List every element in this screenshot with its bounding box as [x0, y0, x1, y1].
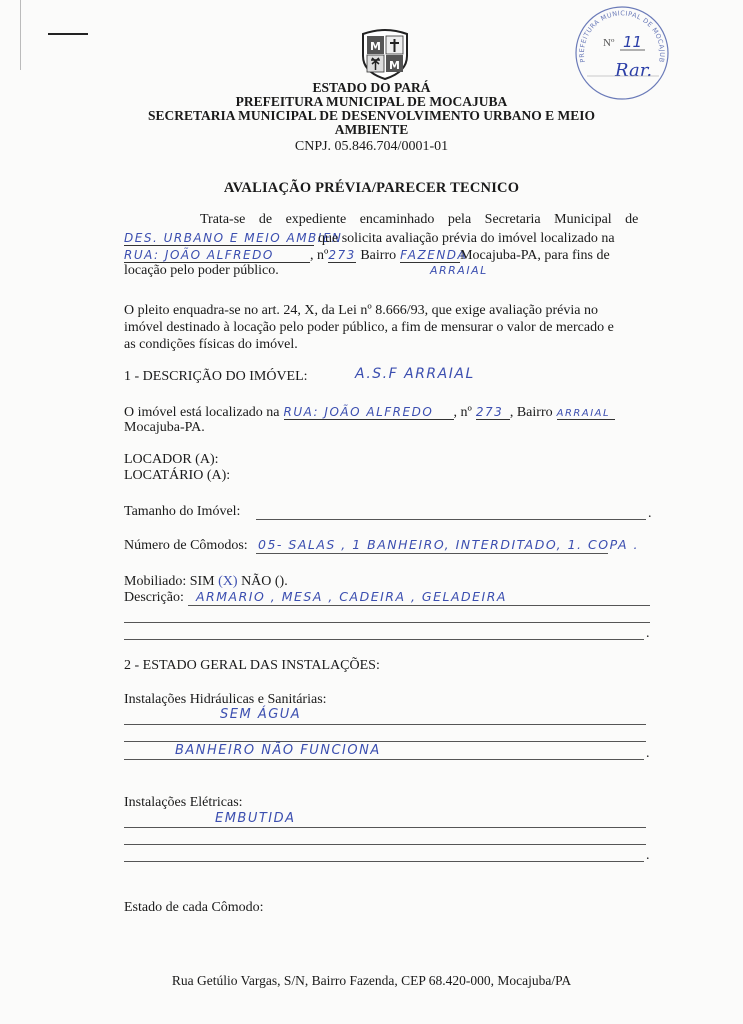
location-line: O imóvel está localizado na RUA: JOÃO AL… [124, 403, 615, 421]
header-state: ESTADO DO PARÁ [0, 81, 743, 95]
period: . [648, 506, 652, 522]
header-cnpj: CNPJ. 05.846.704/0001-01 [0, 139, 743, 155]
svg-text:Rar.: Rar. [614, 60, 652, 81]
svg-text:M: M [389, 59, 400, 72]
svg-text:Nº: Nº [603, 37, 615, 49]
city-text: Mocajuba-PA. [124, 420, 205, 436]
mobiliado-line: Mobiliado: SIM (X) NÃO (). [124, 574, 288, 590]
handwritten-bairro: FAZENDA [400, 248, 460, 263]
handwritten-property-name: A.S.F ARRAIAL [355, 366, 475, 382]
locatario-label: LOCATÁRIO (A): [124, 468, 230, 484]
descricao-field-2[interactable] [124, 622, 650, 623]
descricao-field-1[interactable] [188, 605, 650, 606]
tamanho-field[interactable] [256, 519, 646, 520]
handwritten-hidraulicas-2: BANHEIRO NÃO FUNCIONA [175, 743, 381, 758]
period: . [646, 848, 650, 864]
handwritten-bairro-2: ARRAIAL [430, 264, 488, 277]
eletricas-field-3[interactable] [124, 861, 644, 862]
legal-line-3: as condições físicas do imóvel. [124, 337, 298, 353]
intro-line-3: RUA: JOÃO ALFREDO, nº273 Bairro FAZENDAM… [124, 246, 610, 264]
eletricas-field-2[interactable] [124, 844, 646, 845]
header-secretariat: SECRETARIA MUNICIPAL DE DESENVOLVIMENTO … [0, 109, 743, 123]
mobiliado-label: Mobiliado: SIM [124, 574, 215, 589]
period: . [646, 746, 650, 762]
descricao-label: Descrição: [124, 590, 184, 606]
document-title: AVALIAÇÃO PRÉVIA/PARECER TECNICO [0, 180, 743, 197]
legal-line-2: imóvel destinado à locação pelo poder pú… [124, 320, 614, 336]
intro-line-1: Trata-se de expediente encaminhado pela … [200, 212, 638, 228]
hidraulicas-label: Instalações Hidráulicas e Sanitárias: [124, 692, 327, 708]
handwritten-hidraulicas-1: SEM ÁGUA [220, 707, 301, 722]
mobiliado-nao-checkbox[interactable]: NÃO (). [241, 574, 288, 589]
hidraulicas-field-3[interactable] [124, 759, 644, 760]
estado-comodo-label: Estado de cada Cômodo: [124, 900, 264, 916]
handwritten-comodos: 05- SALAS , 1 BANHEIRO, INTERDITADO, 1. … [258, 537, 639, 552]
mobiliado-sim-checkbox[interactable]: (X) [218, 574, 237, 589]
handwritten-number: 273 [328, 248, 356, 263]
intro-line-2-text: que solicita avaliação prévia do imóvel … [318, 231, 615, 246]
legal-line-1: O pleito enquadra-se no art. 24, X, da L… [124, 303, 598, 319]
handwritten-eletricas: EMBUTIDA [215, 811, 296, 826]
period: . [646, 626, 650, 642]
intro-line-3-text: Mocajuba-PA, para fins de [460, 248, 610, 263]
section1-heading: 1 - DESCRIÇÃO DO IMÓVEL: [124, 369, 308, 385]
eletricas-field-1[interactable] [124, 827, 646, 828]
num-label-2: , nº [454, 405, 472, 420]
handwritten-bairro-3: ARRAIAL [557, 408, 615, 420]
tamanho-label: Tamanho do Imóvel: [124, 504, 240, 520]
num-label: , nº [310, 248, 328, 263]
pen-mark [48, 33, 88, 35]
comodos-label: Número de Cômodos: [124, 538, 248, 554]
header-secretariat-cont: AMBIENTE [0, 123, 743, 137]
section2-heading: 2 - ESTADO GERAL DAS INSTALAÇÕES: [124, 658, 380, 674]
header-prefecture: PREFEITURA MUNICIPAL DE MOCAJUBA [0, 95, 743, 109]
intro-line-2: DES. URBANO E MEIO AMBIEN que solicita a… [124, 229, 615, 247]
municipal-crest-icon: M M [360, 28, 410, 80]
handwritten-secretaria: DES. URBANO E MEIO AMBIEN [124, 231, 314, 246]
eletricas-label: Instalações Elétricas: [124, 795, 243, 811]
svg-text:M: M [370, 40, 381, 53]
intro-line-4: locação pelo poder público. [124, 263, 279, 279]
bairro-label-2: , Bairro [510, 405, 553, 420]
svg-text:11: 11 [623, 33, 642, 51]
locador-label: LOCADOR (A): [124, 452, 219, 468]
footer-address: Rua Getúlio Vargas, S/N, Bairro Fazenda,… [0, 973, 743, 989]
descricao-field-3[interactable] [124, 639, 644, 640]
comodos-field[interactable] [256, 553, 608, 554]
located-label: O imóvel está localizado na [124, 405, 280, 420]
handwritten-descricao: ARMARIO , MESA , CADEIRA , GELADEIRA [196, 589, 507, 604]
handwritten-number-2: 273 [476, 405, 510, 420]
hidraulicas-field-1[interactable] [124, 724, 646, 725]
handwritten-rua-2: RUA: JOÃO ALFREDO [284, 405, 454, 420]
svg-text:PREFEITURA MUNICIPAL DE MOCAJU: PREFEITURA MUNICIPAL DE MOCAJUBA [573, 4, 666, 63]
bairro-label: Bairro [360, 248, 396, 263]
handwritten-rua: RUA: JOÃO ALFREDO [124, 248, 310, 263]
scan-edge [20, 0, 21, 70]
hidraulicas-field-2[interactable] [124, 741, 646, 742]
